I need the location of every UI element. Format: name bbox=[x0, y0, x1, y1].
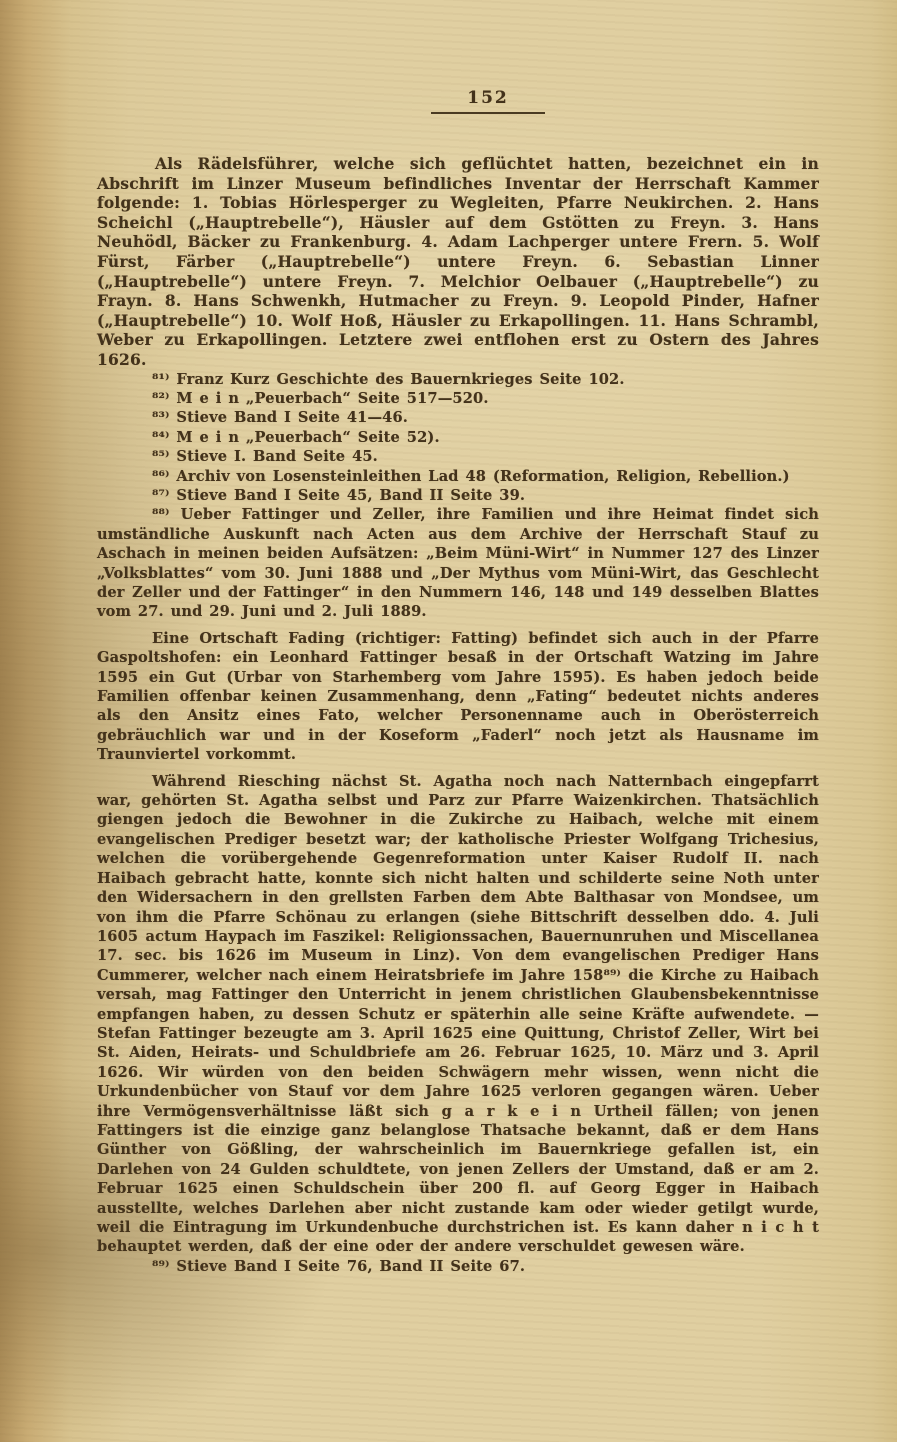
footnote-89: ⁸⁹⁾ Stieve Band I Seite 76, Band II Seit… bbox=[97, 1257, 819, 1276]
scanned-book-page: 152 Als Rädelsführer, welche sich geflüc… bbox=[0, 0, 897, 1442]
paragraph-fading: Eine Ortschaft Fading (richtiger: Fattin… bbox=[97, 629, 819, 765]
footnote-block: ⁸¹⁾ Franz Kurz Geschichte des Bauernkrie… bbox=[97, 370, 819, 622]
footnote-87: ⁸⁷⁾ Stieve Band I Seite 45, Band II Seit… bbox=[97, 486, 819, 505]
footnote-82: ⁸²⁾ M e i n „Peuerbach“ Seite 517—520. bbox=[97, 389, 819, 408]
footnote-84: ⁸⁴⁾ M e i n „Peuerbach“ Seite 52). bbox=[97, 428, 819, 447]
paragraph-riesching: Während Riesching nächst St. Agatha noch… bbox=[97, 772, 819, 1257]
footnote-86: ⁸⁶⁾ Archiv von Losensteinleithen Lad 48 … bbox=[97, 467, 819, 486]
main-paragraph: Als Rädelsführer, welche sich geflüchtet… bbox=[97, 154, 819, 370]
footnote-85: ⁸⁵⁾ Stieve I. Band Seite 45. bbox=[97, 447, 819, 466]
footnote-83: ⁸³⁾ Stieve Band I Seite 41—46. bbox=[97, 408, 819, 427]
page-number: 152 bbox=[431, 88, 545, 114]
text-block: 152 Als Rädelsführer, welche sich geflüc… bbox=[97, 88, 819, 1276]
footnote-81: ⁸¹⁾ Franz Kurz Geschichte des Bauernkrie… bbox=[97, 370, 819, 389]
footnote-88: ⁸⁸⁾ Ueber Fattinger und Zeller, ihre Fam… bbox=[97, 505, 819, 621]
page-header: 152 bbox=[97, 88, 819, 114]
